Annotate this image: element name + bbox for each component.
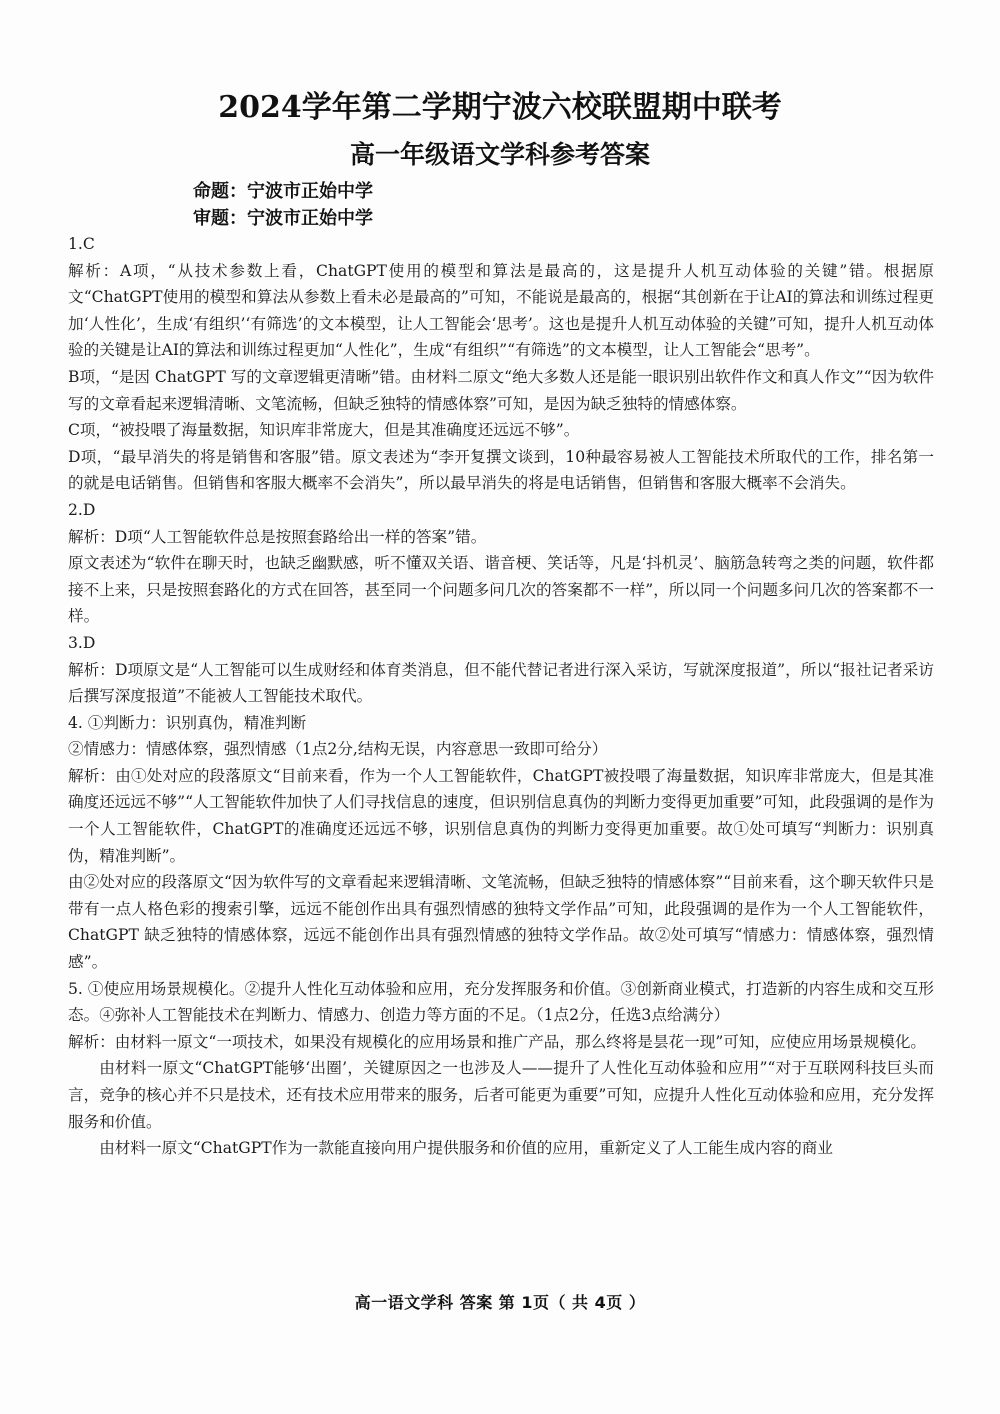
q5-analysis-1: 解析：由材料一原文“一项技术，如果没有规模化的应用场景和推广产品，那么终将是昙花… (68, 1029, 934, 1056)
q4-analysis-2: 由②处对应的段落原文“因为软件写的文章看起来逻辑清晰、文笔流畅，但缺乏独特的情感… (68, 869, 934, 975)
question-setter: 命题：宁波市正始中学 (193, 178, 373, 205)
credits-block: 命题：宁波市正始中学 审题：宁波市正始中学 (193, 178, 373, 232)
answer-number-4: 4. ①判断力：识别真伪，精准判断 (68, 710, 934, 737)
page-footer: 高一语文学科 答案 第 1页（ 共 4页 ） (0, 1290, 1000, 1313)
q1-analysis-d: D项，“最早消失的将是销售和客服”错。原文表述为“李开复撰文谈到，10种最容易被… (68, 444, 934, 497)
q3-analysis: 解析：D项原文是“人工智能可以生成财经和体育类消息，但不能代替记者进行深入采访，… (68, 657, 934, 710)
answer-number-5: 5. ①使应用场景规模化。②提升人性化互动体验和应用，充分发挥服务和价值。③创新… (68, 976, 934, 1029)
answer-number-3: 3.D (68, 630, 934, 657)
q1-analysis-b: B项，“是因 ChatGPT 写的文章逻辑更清晰”错。由材料二原文“绝大多数人还… (68, 364, 934, 417)
q4-answer-point-2: ②情感力：情感体察，强烈情感（1点2分,结构无误，内容意思一致即可给分） (68, 736, 934, 763)
q1-analysis-a: 解析：A项，“从技术参数上看，ChatGPT使用的模型和算法是最高的，这是提升人… (68, 258, 934, 364)
q4-analysis-1: 解析：由①处对应的段落原文“目前来看，作为一个人工智能软件，ChatGPT被投喂… (68, 763, 934, 869)
question-reviewer: 审题：宁波市正始中学 (193, 205, 373, 232)
answer-key-subtitle: 高一年级语文学科参考答案 (0, 135, 1000, 171)
q2-analysis: 解析：D项“人工智能软件总是按照套路给出一样的答案”错。 (68, 524, 934, 551)
q2-original-text: 原文表述为“软件在聊天时，也缺乏幽默感，听不懂双关语、谐音梗、笑话等，凡是‘抖机… (68, 550, 934, 630)
answer-body: 1.C 解析：A项，“从技术参数上看，ChatGPT使用的模型和算法是最高的，这… (68, 231, 934, 1162)
q1-analysis-c: C项，“被投喂了海量数据，知识库非常庞大，但是其准确度还远远不够”。 (68, 417, 934, 444)
answer-number-1: 1.C (68, 231, 934, 258)
answer-sheet-page: 2024学年第二学期宁波六校联盟期中联考 高一年级语文学科参考答案 命题：宁波市… (0, 0, 1000, 1414)
q5-analysis-2: 由材料一原文“ChatGPT能够‘出圈’，关键原因之一也涉及人——提升了人性化互… (68, 1055, 934, 1135)
exam-title: 2024学年第二学期宁波六校联盟期中联考 (0, 82, 1000, 126)
answer-number-2: 2.D (68, 497, 934, 524)
q5-analysis-3: 由材料一原文“ChatGPT作为一款能直接向用户提供服务和价值的应用，重新定义了… (68, 1135, 934, 1162)
